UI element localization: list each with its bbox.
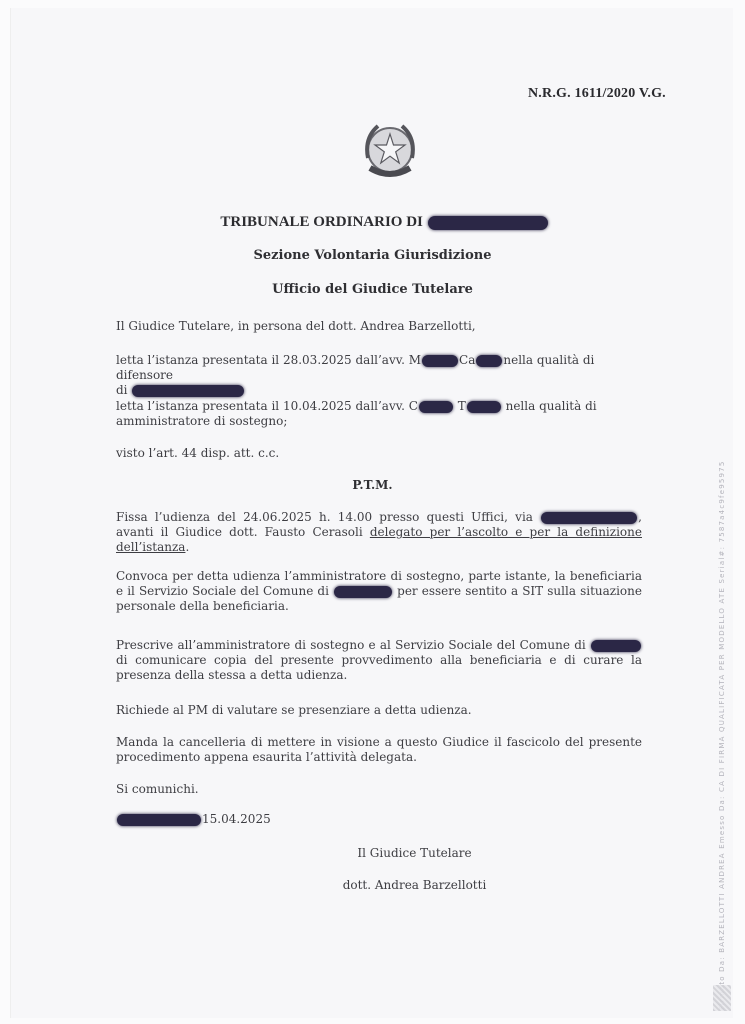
section-title: Sezione Volontaria Giurisdizione — [0, 248, 745, 263]
redacted-admin-first-name — [419, 401, 453, 413]
signature-name: dott. Andrea Barzellotti — [0, 878, 745, 892]
redacted-address — [541, 512, 637, 524]
office-title: Ufficio del Giudice Tutelare — [0, 282, 745, 297]
signature-role: Il Giudice Tutelare — [0, 846, 745, 860]
redacted-comune-2 — [591, 640, 641, 652]
paragraph-convoca: Convoca per detta udienza l’amministrato… — [116, 569, 642, 614]
italian-republic-emblem-icon — [358, 118, 422, 182]
recital-3: visto l’art. 44 disp. att. c.c. — [116, 446, 642, 461]
ptm-heading: P.T.M. — [0, 478, 745, 492]
barcode-mark — [713, 985, 731, 1011]
digital-signature-stamp: Firmato Da: BARZELLOTTI ANDREA Emesso Da… — [716, 470, 730, 1010]
redacted-place — [117, 814, 201, 826]
redacted-admin-last-name — [467, 401, 501, 413]
paragraph-richiede: Richiede al PM di valutare se presenziar… — [116, 703, 642, 718]
recital-2: letta l’istanza presentata il 10.04.2025… — [116, 399, 642, 429]
case-number: N.R.G. 1611/2020 V.G. — [528, 86, 666, 102]
intro-text: Il Giudice Tutelare, in persona del dott… — [116, 319, 642, 334]
closing-text: Si comunichi. — [116, 782, 642, 797]
place-date: 15.04.2025 — [116, 812, 642, 827]
redacted-lawyer-first-name — [422, 355, 458, 367]
paragraph-hearing: Fissa l’udienza del 24.06.2025 h. 14.00 … — [116, 510, 642, 555]
redacted-comune — [334, 586, 392, 598]
recital-1: letta l’istanza presentata il 28.03.2025… — [116, 353, 642, 398]
redacted-lawyer-last-name — [476, 355, 502, 367]
redacted-party-name — [132, 385, 244, 397]
redacted-city — [428, 216, 548, 230]
paragraph-manda: Manda la cancelleria di mettere in visio… — [116, 735, 642, 765]
paragraph-prescrive: Prescrive all’amministratore di sostegno… — [116, 638, 642, 683]
court-title: TRIBUNALE ORDINARIO DI — [0, 214, 745, 231]
